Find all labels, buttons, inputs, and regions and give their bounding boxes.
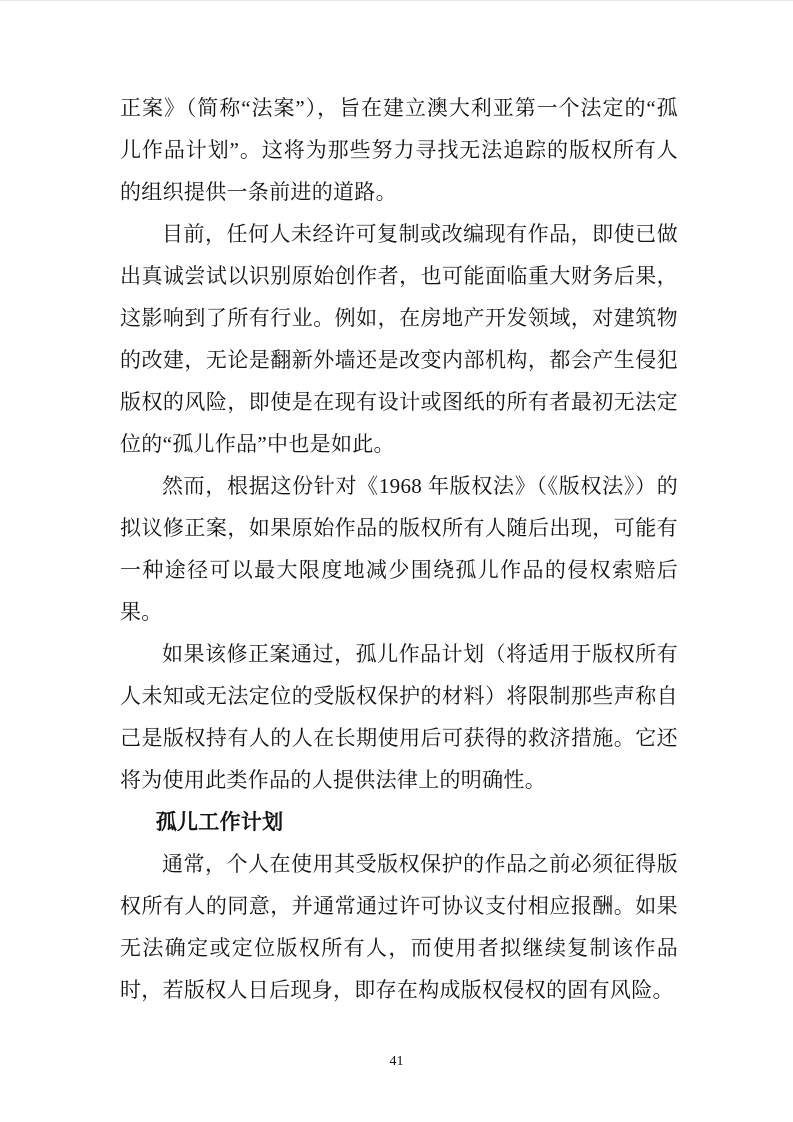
document-page: 正案》（简称“法案”），旨在建立澳大利亚第一个法定的“孤儿作品计划”。这将为那些… (0, 0, 793, 1122)
section-heading: 孤儿工作计划 (120, 801, 678, 843)
paragraph: 通常，个人在使用其受版权保护的作品之前必须征得版权所有人的同意，并通常通过许可协… (120, 843, 678, 1011)
paragraph: 如果该修正案通过，孤儿作品计划（将适用于版权所有人未知或无法定位的受版权保护的材… (120, 633, 678, 801)
paragraph-continuation: 正案》（简称“法案”），旨在建立澳大利亚第一个法定的“孤儿作品计划”。这将为那些… (120, 87, 678, 213)
paragraph: 然而，根据这份针对《1968 年版权法》（《版权法》）的拟议修正案，如果原始作品… (120, 465, 678, 633)
paragraph: 目前，任何人未经许可复制或改编现有作品，即使已做出真诚尝试以识别原始创作者，也可… (120, 213, 678, 465)
page-footer: 41 (0, 1052, 793, 1070)
page-number: 41 (390, 1054, 404, 1069)
document-body: 正案》（简称“法案”），旨在建立澳大利亚第一个法定的“孤儿作品计划”。这将为那些… (120, 87, 678, 1011)
